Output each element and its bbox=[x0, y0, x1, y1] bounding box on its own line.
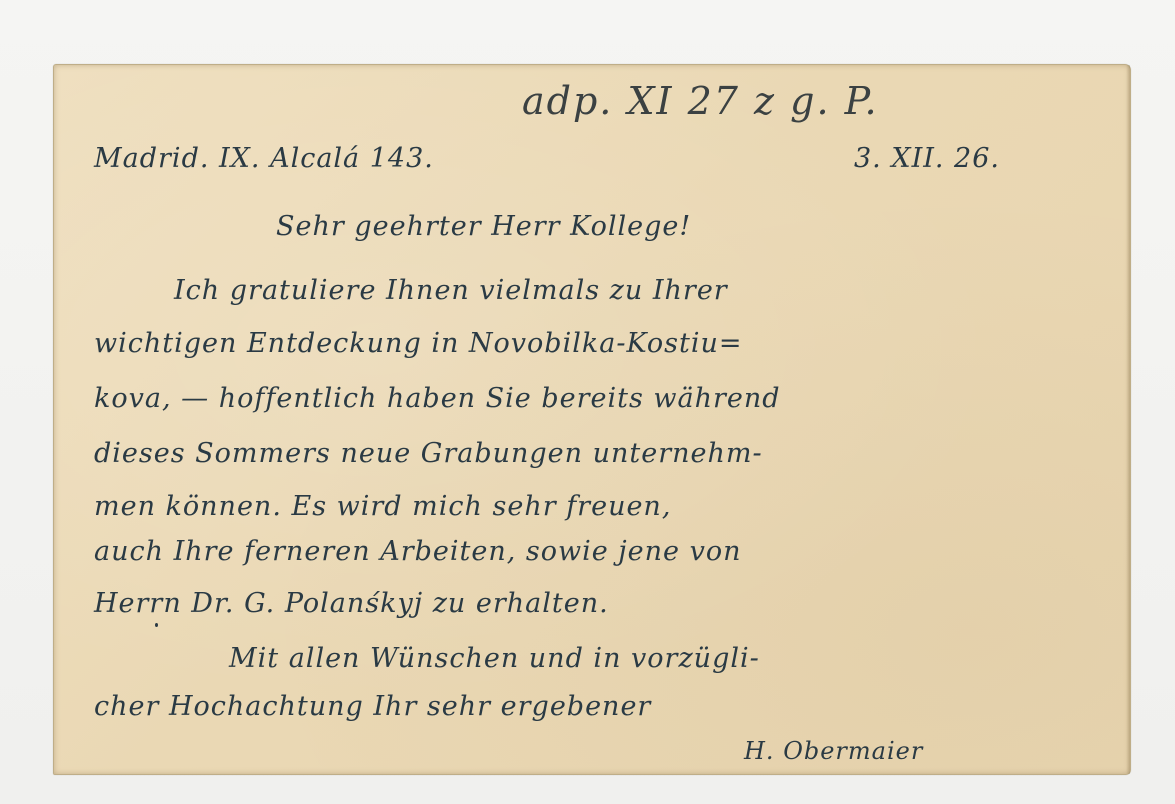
salutation-text: Sehr geehrter Herr Kollege! bbox=[276, 213, 691, 240]
signature: H. Obermaier bbox=[744, 737, 923, 765]
letter-date: 3. XII. 26. bbox=[854, 145, 1000, 172]
closing-line: cher Hochachtung Ihr sehr ergebener bbox=[94, 693, 651, 720]
body-line: dieses Sommers neue Grabungen unternehm- bbox=[94, 440, 763, 467]
ink-dot bbox=[155, 623, 158, 627]
body-line: wichtigen Entdeckung in Novobilka-Kostiu… bbox=[94, 330, 743, 357]
body-line: Herrn Dr. G. Polanśkyj zu erhalten. bbox=[94, 590, 609, 617]
body-line: men können. Es wird mich sehr freuen, bbox=[94, 493, 671, 520]
body-line: Ich gratuliere Ihnen vielmals zu Ihrer bbox=[174, 277, 728, 304]
archive-annotation: adp. XI 27 z g. P. bbox=[522, 79, 879, 123]
body-line: Mit allen Wünschen und in vorzügli- bbox=[229, 645, 760, 672]
postcard: adp. XI 27 z g. P. Madrid. IX. Alcalá 14… bbox=[53, 64, 1131, 775]
sender-address: Madrid. IX. Alcalá 143. bbox=[94, 145, 434, 172]
body-line: kova, — hoffentlich haben Sie bereits wä… bbox=[94, 385, 781, 412]
body-line: auch Ihre ferneren Arbeiten, sowie jene … bbox=[94, 538, 742, 565]
